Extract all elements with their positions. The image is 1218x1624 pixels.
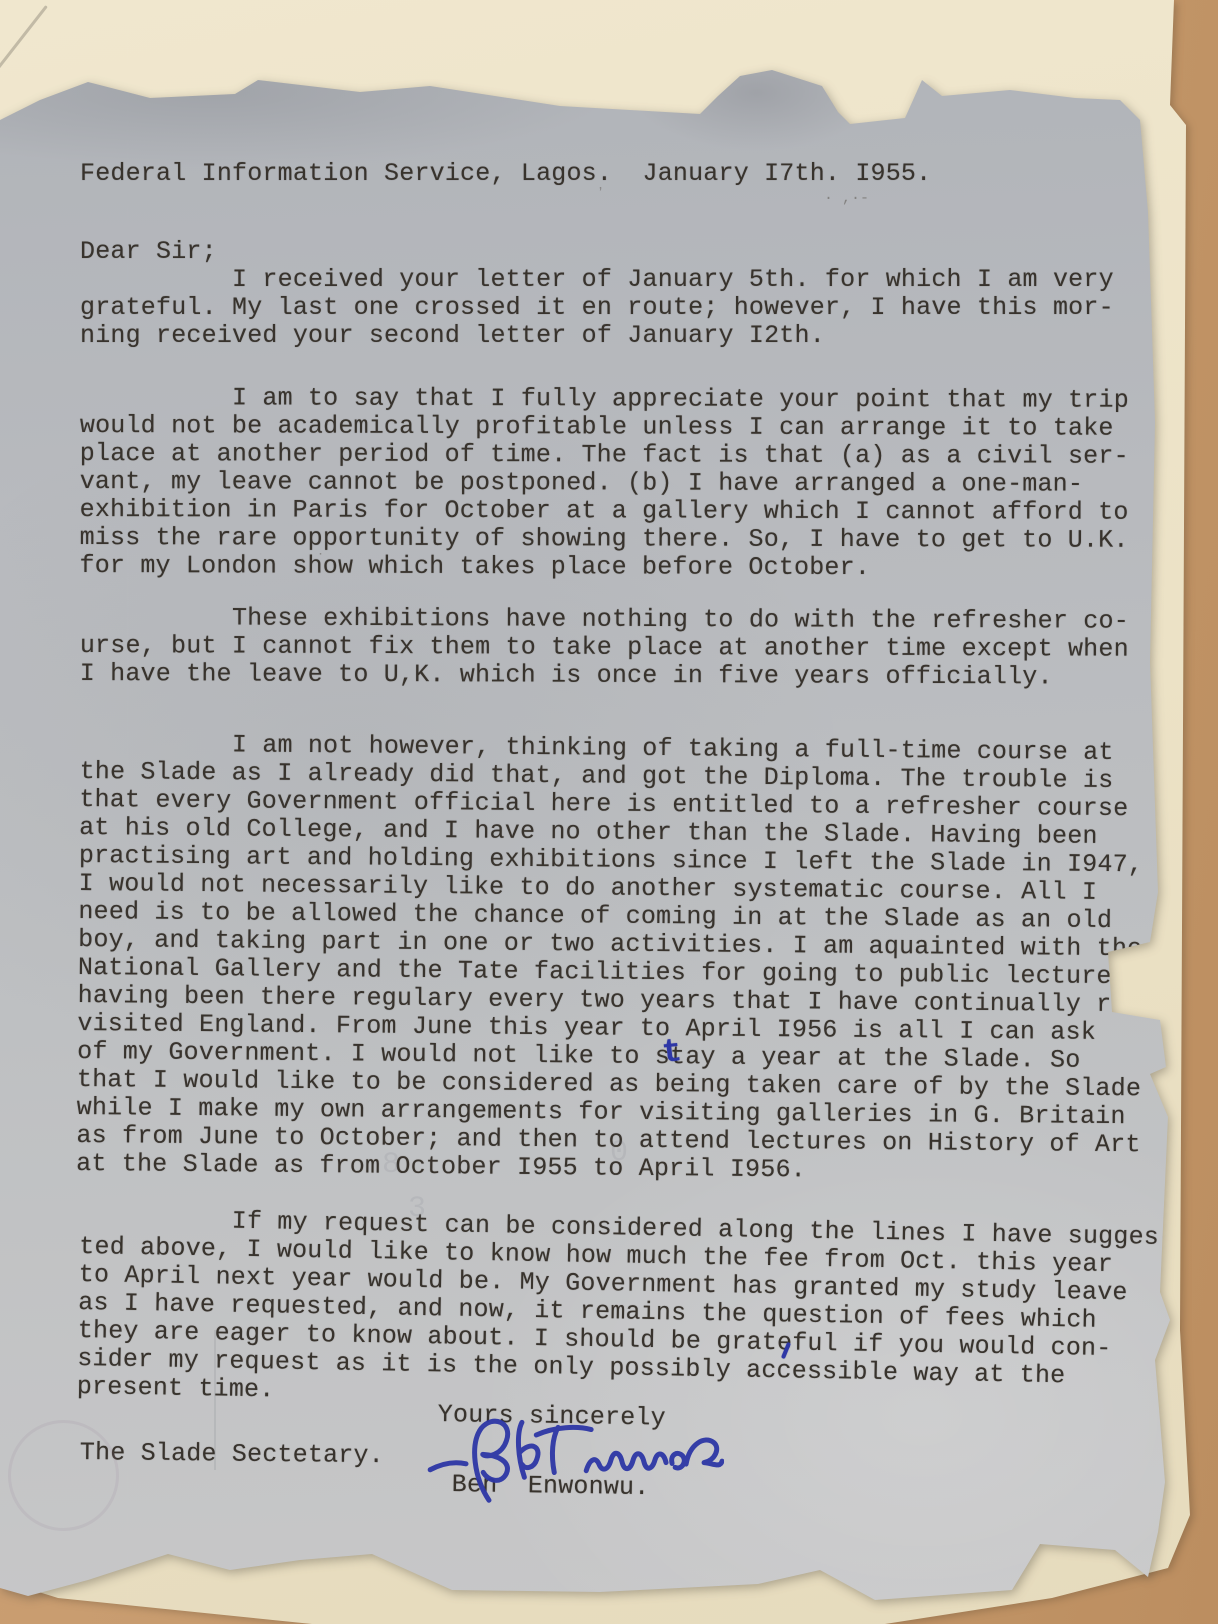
date-line: Federal Information Service, Lagos. Janu… <box>80 160 1182 188</box>
letter-paragraph-5: If my request can be considered along th… <box>77 1205 1182 1420</box>
letter-paragraph-4: I am not however, thinking of taking a f… <box>76 730 1182 1188</box>
scanned-letter-page: Federal Information Service, Lagos. Janu… <box>0 0 1218 1624</box>
signature-stroke-t <box>536 1427 592 1473</box>
letter-paragraph-2: I am to say that I fully appreciate your… <box>79 384 1182 583</box>
signature-stroke-scrawl <box>586 1452 666 1471</box>
letter-paragraph-3: These exhibitions have nothing to do wit… <box>80 604 1182 692</box>
signature-stroke-o <box>671 1453 684 1468</box>
letter-paragraph-1: I received your letter of January 5th. f… <box>80 266 1182 350</box>
letter-paper: Federal Information Service, Lagos. Janu… <box>0 62 1182 1602</box>
paper-crease <box>214 1330 216 1470</box>
signature-ben-enwonwu <box>423 1410 725 1514</box>
ghost-bleed-mark-3: 0 <box>610 1136 628 1170</box>
letter-paper-shadow: Federal Information Service, Lagos. Janu… <box>0 62 1182 1602</box>
signature-stroke-k <box>518 1422 539 1477</box>
ink-correction-t-over-stay: t <box>660 1033 684 1072</box>
stray-mark-1: ʼ <box>596 186 605 203</box>
signature-stroke-flourish <box>685 1440 722 1466</box>
letter-body: Federal Information Service, Lagos. Janu… <box>0 62 1182 1499</box>
stray-mark-2: · ,·- <box>824 190 869 207</box>
signature-stroke-b <box>474 1421 510 1501</box>
signature-stroke-dash <box>430 1462 466 1469</box>
ghost-bleed-mark-2: 3 <box>408 1192 426 1226</box>
salutation: Dear Sir; <box>80 238 1182 266</box>
stray-mark-3: · ˙ <box>298 552 325 569</box>
ghost-bleed-mark-1: 8 <box>382 1148 400 1182</box>
